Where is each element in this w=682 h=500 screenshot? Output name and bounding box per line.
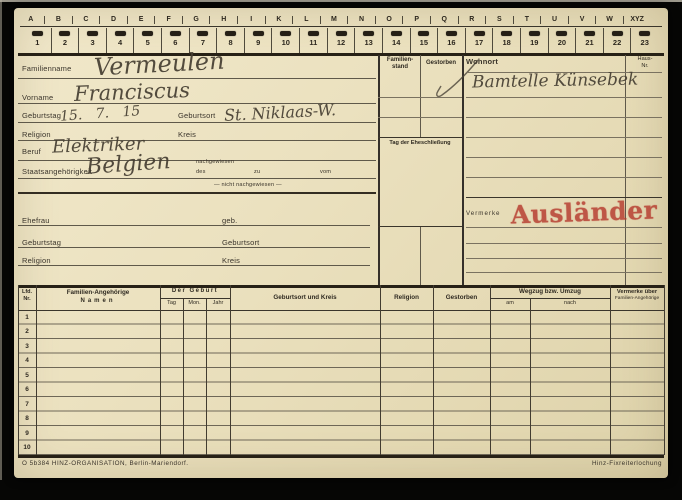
wegzug-header: Wegzug bzw. Umzug [490,288,610,295]
number-tab: 2 [51,28,79,53]
alphabet-tab: B [45,14,73,26]
alphabet-tab-label: R [469,16,474,23]
vermerke-label: Vermerke [466,210,500,217]
number-tab-label: 15 [420,38,428,47]
vermerke-angehoerige-header: Vermerke über [610,289,664,295]
alphabet-tab-label: E [139,16,144,23]
rule-line [18,247,370,248]
rule-line [490,298,610,299]
number-tab: 19 [520,28,548,53]
number-tab-label: 21 [585,38,593,47]
number-tab: 18 [492,28,520,53]
number-tab-label: 17 [475,38,483,47]
wohnort-value: Bamtelle Künsebek [472,70,639,93]
photo-edge [0,0,2,480]
alphabet-tab: P [403,14,431,26]
ehefrau-kreis-label: Kreis [222,256,240,265]
geburtstag-label: Geburtstag [22,111,61,120]
punch-hole-icon [639,31,650,36]
alphabet-tab-label: A [28,16,33,23]
punch-hole-icon [418,31,429,36]
alphabet-tab: XYZ [623,14,651,26]
rule-line [20,26,662,27]
rule-line [466,272,662,273]
kreis-label: Kreis [178,130,196,139]
angehoerige-header: Familien-Angehörige [36,289,160,296]
alphabet-tab-label: V [580,16,585,23]
table-row-number: 7 [18,397,36,412]
rule-line [18,178,376,179]
table-column-line [610,285,611,455]
number-tab: 11 [299,28,327,53]
familienstand-label: Familien- [380,57,420,63]
punch-hole-icon [59,31,70,36]
punch-hole-icon [280,31,291,36]
table-column-line [36,285,37,455]
number-tab-label: 10 [282,38,290,47]
alphabet-tab-label: G [193,16,198,23]
rule-line [18,122,376,123]
number-tab-label: 14 [392,38,400,47]
table-row-number: 8 [18,412,36,427]
divider-line [420,226,421,285]
punch-hole-icon [501,31,512,36]
alphabet-tab-label: N [359,16,364,23]
punch-hole-icon [584,31,595,36]
table-column-line [183,298,184,455]
number-tab-label: 7 [201,38,205,47]
alphabet-tab-label: S [497,16,502,23]
table-column-line [380,285,381,455]
wohnort-label: Wohnort [466,57,498,66]
alphabet-tab-label: W [606,16,613,23]
geburtsort-label: Geburtsort [178,111,215,120]
geburt-header: Der Geburt [160,288,230,294]
number-tab-label: 2 [63,38,67,47]
table-row-number: 2 [18,325,36,340]
punch-hole-icon [446,31,457,36]
rule-line [160,298,230,299]
hausnr-label: Nr. [626,63,664,69]
alphabet-tab: A [17,14,45,26]
alphabet-tab-label: H [221,16,226,23]
eheschliessung-label: Tag der Eheschließung [379,140,461,146]
rule-line [18,78,376,79]
number-tab: 13 [354,28,382,53]
alphabet-tab: K [265,14,293,26]
ehefrau-label: Ehefrau [22,216,50,225]
registration-card: ABCDEFGHIKLMNOPQRSTUVWXYZ 12345678910111… [14,8,668,478]
religion-label: Religion [22,130,51,139]
am-header: am [490,300,530,306]
table-column-line [160,285,161,455]
number-scale-row: 1234567891011121314151617181920212223 [24,28,658,53]
familienname-value: Vermeulen [93,47,225,82]
table-row-grid [18,310,664,455]
number-tab: 12 [327,28,355,53]
rule-line [466,227,662,228]
table-row-number: 5 [18,368,36,383]
alphabet-tab-row: ABCDEFGHIKLMNOPQRSTUVWXYZ [17,14,651,26]
namen-header: Namen [36,298,160,304]
number-tab-label: 9 [256,38,260,47]
number-tab-label: 20 [558,38,566,47]
punch-hole-icon [87,31,98,36]
photo-background: ABCDEFGHIKLMNOPQRSTUVWXYZ 12345678910111… [0,0,682,500]
alphabet-tab: H [210,14,238,26]
ehefrau-religion-label: Religion [22,256,51,265]
number-tab: 15 [410,28,438,53]
table-column-line [490,285,491,455]
punch-hole-icon [556,31,567,36]
familienstand-label: stand [380,64,420,70]
alphabet-tab-label: T [525,16,529,23]
punch-hole-icon [391,31,402,36]
rule-line [466,177,662,178]
rule-line [466,258,662,259]
imprint-text: O 5b384 HINZ-ORGANISATION, Berlin-Marien… [22,460,189,467]
divider-line [378,55,380,285]
number-tab-label: 13 [364,38,372,47]
hausnr-label: Haus- [626,56,664,62]
number-tab: 3 [78,28,106,53]
number-tab: 14 [382,28,410,53]
alphabet-tab: C [72,14,100,26]
alphabet-tab-label: L [304,16,308,23]
alphabet-tab-label: C [83,16,88,23]
alphabet-tab-label: F [166,16,170,23]
alphabet-tab: R [458,14,486,26]
punch-hole-icon [474,31,485,36]
alphabet-tab-label: P [414,16,419,23]
number-tab-label: 22 [613,38,621,47]
geburtsort-kreis-header: Geburtsort und Kreis [230,294,380,301]
punch-hole-icon [308,31,319,36]
alphabet-tab: O [375,14,403,26]
alphabet-tab: T [513,14,541,26]
number-tab-label: 5 [146,38,150,47]
table-row-number: 4 [18,354,36,369]
familienname-label: Familienname [22,64,72,73]
table-column-line [530,298,531,455]
number-tab: 23 [630,28,658,53]
table-column-line [433,285,434,455]
punch-hole-icon [170,31,181,36]
number-tab-label: 6 [173,38,177,47]
punch-hole-icon [197,31,208,36]
punch-hole-icon [529,31,540,36]
table-row-number: 3 [18,339,36,354]
alphabet-tab-label: XYZ [630,16,644,23]
alphabet-tab-label: U [552,16,557,23]
alphabet-tab: I [238,14,266,26]
rule-line [18,265,370,266]
table-row-number: 9 [18,426,36,441]
table-column-line [230,285,231,455]
number-tab: 22 [603,28,631,53]
religion-header: Religion [380,294,433,301]
alphabet-tab-label: B [56,16,61,23]
alphabet-tab-label: M [331,16,337,23]
alphabet-tab: E [127,14,155,26]
vermerke-angehoerige-header: Familien-Angehörige [610,296,664,301]
alphabet-tab: F [155,14,183,26]
number-tab: 10 [271,28,299,53]
rule-line [18,225,370,226]
alphabet-tab: V [568,14,596,26]
punch-hole-icon [225,31,236,36]
punch-hole-icon [115,31,126,36]
divider-line [420,55,421,137]
rule-line [378,226,462,227]
table-row-number: 6 [18,383,36,398]
alphabet-tab-label: I [250,16,252,23]
number-tab: 16 [437,28,465,53]
number-tab-label: 19 [530,38,538,47]
number-tab: 1 [24,28,51,53]
rule-line [466,157,662,158]
punch-hole-icon [142,31,153,36]
number-tab-label: 3 [90,38,94,47]
rule-line [18,192,376,194]
rule-line [378,137,462,138]
alphabet-tab: S [486,14,514,26]
mon-header: Mon. [183,300,206,306]
vorname-label: Vorname [22,93,53,102]
ehefrau-geburtstag-label: Geburtstag [22,238,61,247]
alphabet-tab: W [596,14,624,26]
rule-line [18,455,664,458]
des-label: des [196,169,206,175]
staatsangehoerigkeit-value: Belgien [85,149,171,180]
lfd-header: Lfd. [18,289,36,295]
number-tab-label: 8 [228,38,232,47]
number-tab: 21 [575,28,603,53]
number-tab-label: 16 [447,38,455,47]
vom-label: vom [320,169,331,175]
punch-hole-icon [363,31,374,36]
rule-line [466,97,662,98]
ehefrau-geburtsort-label: Geburtsort [222,238,259,247]
rule-line [466,243,662,244]
nicht-nachgewiesen-label: — nicht nachgewiesen — [214,182,282,188]
number-tab: 20 [548,28,576,53]
alphabet-tab: D [100,14,128,26]
number-tab: 4 [106,28,134,53]
number-tab-label: 18 [502,38,510,47]
staatsangehoerigkeit-label: Staatsangehörigkeit [22,167,92,176]
table-column-line [664,285,665,455]
beruf-label: Beruf [22,147,41,156]
punch-hole-icon [336,31,347,36]
alphabet-tab: U [541,14,569,26]
punch-hole-icon [612,31,623,36]
number-tab-label: 12 [337,38,345,47]
number-tab: 9 [244,28,272,53]
alphabet-tab-label: O [386,16,391,23]
table-row-number: 1 [18,310,36,325]
number-tab-label: 23 [641,38,649,47]
rule-line [466,137,662,138]
punch-hole-icon [253,31,264,36]
alphabet-tab: Q [430,14,458,26]
nach-header: nach [530,300,610,306]
auslaender-stamp: Ausländer [506,195,663,229]
alphabet-tab: M [320,14,348,26]
alphabet-tab: L [293,14,321,26]
alphabet-tab-label: K [276,16,281,23]
alphabet-tab: N [348,14,376,26]
gestorben-header: Gestorben [433,294,490,301]
number-tab: 17 [465,28,493,53]
alphabet-tab: G [182,14,210,26]
table-row-numbers: 12345678910 [18,310,36,455]
lfd-header: Nr. [18,296,36,302]
tag-header: Tag [160,300,183,306]
rule-line [378,117,462,118]
geb-label: geb. [222,216,237,225]
alphabet-tab-label: D [111,16,116,23]
number-tab-label: 4 [118,38,122,47]
number-tab-label: 11 [309,38,317,47]
nachgewiesen-label: nachgewiesen [196,159,234,165]
punch-note-text: Hinz-Fixreiterlochung [552,460,662,467]
alphabet-tab-label: Q [441,16,446,23]
rule-line [466,117,662,118]
jahr-header: Jahr [206,300,230,306]
table-column-line [206,298,207,455]
table-row-number: 10 [18,441,36,456]
punch-hole-icon [32,31,43,36]
zu-label: zu [254,169,260,175]
number-tab-label: 1 [35,38,39,47]
vorname-value: Franciscus [74,78,191,106]
photo-edge [0,0,682,2]
rule-line [378,97,462,98]
